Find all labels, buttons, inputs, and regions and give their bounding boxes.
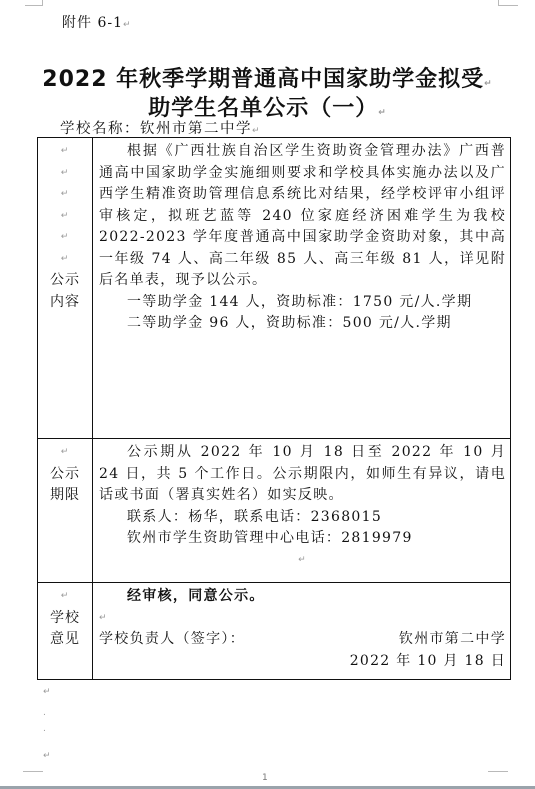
attachment-label: 附件 6-1↵ xyxy=(62,12,132,32)
paragraph-mark-icon: . xyxy=(43,708,46,718)
paragraph-mark-icon: ↵ xyxy=(38,442,92,464)
page-corner-mark-bottom-right xyxy=(488,771,508,772)
paragraph-mark-icon: . xyxy=(43,724,46,734)
label-line-1: 公示 xyxy=(38,270,92,292)
content-paragraph: 根据《广西壮族自治区学生资助资金管理办法》广西普通高中国家助学金实施细则要求和学… xyxy=(99,141,506,292)
signature-line: 学校负责人（签字）： 钦州市第二中学 xyxy=(99,629,506,651)
row-body-content: 根据《广西壮族自治区学生资助资金管理办法》广西普通高中国家助学金实施细则要求和学… xyxy=(93,138,511,439)
page-number: 1 xyxy=(262,773,268,783)
page-corner-mark-bottom-left xyxy=(23,771,43,772)
label-line-2: 期限 xyxy=(38,485,92,507)
paragraph-mark-icon: ↵ xyxy=(38,184,92,206)
document-title-line-1: 2022 年秋季学期普通高中国家助学金拟受↵ xyxy=(0,62,535,93)
period-paragraph: 公示期从 2022 年 10 月 18 日至 2022 年 10 月 24 日，… xyxy=(99,442,506,507)
school-name-signature: 钦州市第二中学 xyxy=(399,629,506,651)
paragraph-mark-icon: ↵ xyxy=(378,108,387,118)
row-body-opinion: 经审核，同意公示。 ↵ 学校负责人（签字）： 钦州市第二中学 2022 年 10… xyxy=(93,583,511,680)
table-row-content: ↵ ↵ ↵ ↵ ↵ ↵ 公示 内容 根据《广西壮族自治区学生资助资金管理办法》广… xyxy=(38,138,511,439)
paragraph-mark-icon: ↵ xyxy=(43,687,51,697)
school-name-text: 学校名称：钦州市第二中学 xyxy=(60,121,252,137)
approval-date: 2022 年 10 月 18 日 xyxy=(99,651,506,673)
paragraph-mark-icon: ↵ xyxy=(38,227,92,249)
paragraph-mark-icon: ↵ xyxy=(99,608,506,630)
row-label-period: ↵ 公示 期限 xyxy=(38,439,93,583)
title-line-1-text: 2022 年秋季学期普通高中国家助学金拟受 xyxy=(42,67,484,92)
paragraph-mark-icon: ↵ xyxy=(99,550,506,572)
label-line-1: 公示 xyxy=(38,464,92,486)
center-phone-line: 钦州市学生资助管理中心电话：2819979 xyxy=(99,528,506,550)
table-row-opinion: ↵ 学校 意见 经审核，同意公示。 ↵ 学校负责人（签字）： 钦州市第二中学 2… xyxy=(38,583,511,680)
second-grade-grant-line: 二等助学金 96 人，资助标准：500 元/人.学期 xyxy=(99,313,506,335)
contact-line: 联系人：杨华，联系电话：2368015 xyxy=(99,507,506,529)
approval-text: 经审核，同意公示。 xyxy=(99,586,506,608)
school-name-line: 学校名称：钦州市第二中学↵ xyxy=(60,117,261,138)
paragraph-mark-icon: ↵ xyxy=(38,163,92,185)
page-corner-mark-top-right xyxy=(498,0,518,6)
label-line-1: 学校 xyxy=(38,608,92,630)
first-grade-grant-line: 一等助学金 144 人，资助标准：1750 元/人.学期 xyxy=(99,292,506,314)
paragraph-mark-icon: ↵ xyxy=(252,126,261,136)
signature-label: 学校负责人（签字）： xyxy=(99,631,245,647)
paragraph-mark-icon: ↵ xyxy=(38,206,92,228)
label-line-2: 内容 xyxy=(38,292,92,314)
paragraph-mark-icon: ↵ xyxy=(38,249,92,271)
attachment-label-text: 附件 6-1 xyxy=(62,15,123,31)
paragraph-mark-icon: ↵ xyxy=(38,586,92,608)
table-row-period: ↵ 公示 期限 公示期从 2022 年 10 月 18 日至 2022 年 10… xyxy=(38,439,511,583)
paragraph-mark-icon: ↵ xyxy=(38,141,92,163)
row-label-opinion: ↵ 学校 意见 xyxy=(38,583,93,680)
paragraph-mark-icon: ↵ xyxy=(484,79,493,89)
paragraph-mark-icon: ↵ xyxy=(123,20,132,30)
announcement-table: ↵ ↵ ↵ ↵ ↵ ↵ 公示 内容 根据《广西壮族自治区学生资助资金管理办法》广… xyxy=(37,137,511,680)
paragraph-mark-icon: ↵ xyxy=(43,751,51,761)
row-label-content: ↵ ↵ ↵ ↵ ↵ ↵ 公示 内容 xyxy=(38,138,93,439)
row-body-period: 公示期从 2022 年 10 月 18 日至 2022 年 10 月 24 日，… xyxy=(93,439,511,583)
page-corner-mark-top-left xyxy=(25,0,43,6)
label-line-2: 意见 xyxy=(38,629,92,651)
